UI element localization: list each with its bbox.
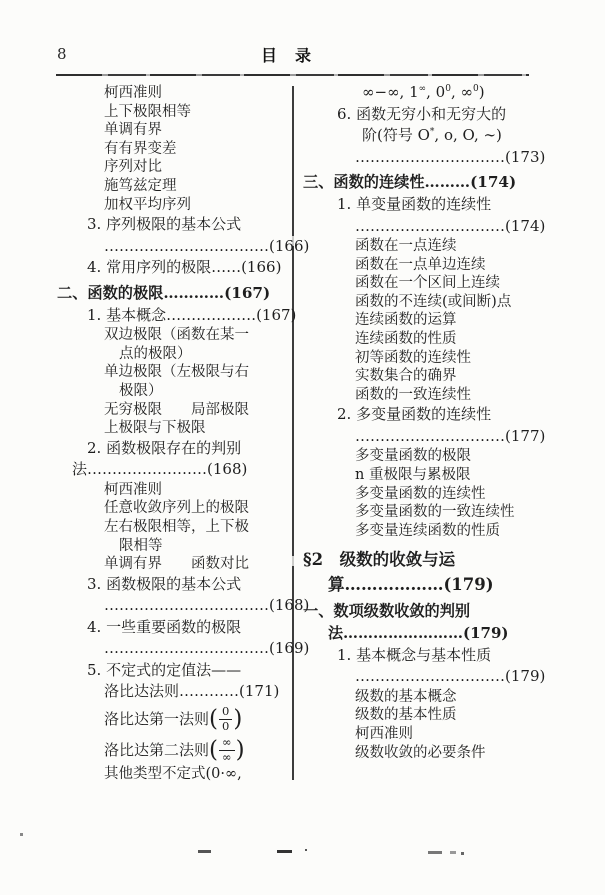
toc-line: 三、函数的连续性………(174) [303,171,571,194]
toc-line: 2. 函数极限存在的判别 [57,438,292,460]
toc-line-formula: 洛比达第一法则(00) [57,703,292,734]
toc-line: 一、数项级数收敛的判别 [303,600,571,623]
toc-line: 连续函数的性质 [303,330,571,349]
scan-artifact [20,833,23,836]
toc-line: 实数集合的确界 [303,367,571,386]
header-rule [56,74,529,76]
toc-line: ……………………………(166) [57,236,292,258]
toc-line: 函数在一个区间上连续 [303,274,571,293]
toc-line: ……………………………(169) [57,638,292,660]
toc-line: 函数的不连续(或间断)点 [303,293,571,312]
toc-line: 3. 函数极限的基本公式 [57,574,292,596]
scan-artifact [277,850,292,853]
toc-line: 多变量函数的极限 [303,447,571,466]
toc-column-left: 柯西准则上下极限相等单调有界有有界变差序列对比施笃兹定理加权平均序列3. 序列极… [57,84,292,783]
toc-line: 施笃兹定理 [57,177,292,196]
toc-line: 二、函数的极限…………(167) [57,282,292,305]
toc-line: 2. 多变量函数的连续性 [303,404,571,426]
toc-line: 左右极限相等，上下极 [57,518,292,537]
toc-line: 柯西准则 [57,481,292,500]
toc-line: 柯西准则 [303,725,571,744]
toc-line: 6. 函数无穷小和无穷大的 [303,104,571,126]
toc-line: …………………………(179) [303,666,571,688]
toc-line: 单调有界 [57,121,292,140]
toc-line: §2 级数的收敛与运 [303,547,571,572]
toc-line: 上极限与下极限 [57,419,292,438]
toc-line: 级数的基本性质 [303,706,571,725]
toc-line: 任意收敛序列上的极限 [57,499,292,518]
toc-line: 连续函数的运算 [303,311,571,330]
scan-artifact [305,849,307,851]
scan-artifact [461,852,464,855]
toc-line: 加权平均序列 [57,196,292,215]
fraction: ∞∞ [219,736,235,763]
toc-line: 多变量函数的连续性 [303,485,571,504]
toc-line: 多变量连续函数的性质 [303,522,571,541]
toc-line: 函数在一点单边连续 [303,256,571,275]
toc-line: 级数收敛的必要条件 [303,744,571,763]
toc-line: 3. 序列极限的基本公式 [57,214,292,236]
page-title: 目 录 [261,43,312,66]
column-divider [292,86,294,780]
toc-line: …………………………(177) [303,426,571,448]
toc-line: 限相等 [57,537,292,556]
toc-line: 法……………………(179) [303,623,571,645]
toc-line: 点的极限） [57,345,292,364]
scan-artifact [198,850,211,853]
toc-line-formula: 洛比达第二法则(∞∞) [57,734,292,765]
scan-artifact [428,851,442,854]
toc-line: 其他类型不定式(0·∞, [57,765,292,784]
toc-line: 双边极限（函数在某一 [57,326,292,345]
toc-line: …………………………(174) [303,216,571,238]
toc-line: …………………………(173) [303,147,571,169]
toc-line: 4. 一些重要函数的极限 [57,617,292,639]
page-number: 8 [57,45,67,63]
toc-column-right: ∞−∞, 1∞, 00, ∞0)6. 函数无穷小和无穷大的阶(符号 O*, o,… [303,82,571,762]
toc-line: 单调有界 函数对比 [57,555,292,574]
scan-artifact [450,851,456,854]
fraction: 00 [219,705,232,732]
toc-line: 阶(符号 O*, o, O, ∼) [303,125,571,147]
toc-line: 无穷极限 局部极限 [57,401,292,420]
toc-line: 初等函数的连续性 [303,349,571,368]
toc-line: 1. 基本概念………………(167) [57,305,292,327]
toc-line: 洛比达法则…………(171) [57,681,292,703]
toc-line: ……………………………(168) [57,595,292,617]
toc-page: 8 目 录 柯西准则上下极限相等单调有界有有界变差序列对比施笃兹定理加权平均序列… [0,0,605,895]
toc-line: 函数的一致连续性 [303,386,571,405]
toc-line: 多变量函数的一致连续性 [303,503,571,522]
toc-line: 级数的基本概念 [303,688,571,707]
toc-line: 法……………………(168) [57,459,292,481]
toc-line: 有有界变差 [57,140,292,159]
toc-line: 1. 单变量函数的连续性 [303,194,571,216]
toc-line: 函数在一点连续 [303,237,571,256]
toc-line: 柯西准则 [57,84,292,103]
toc-line: n 重极限与累极限 [303,466,571,485]
toc-line: 算………………(179) [303,572,571,597]
toc-line: 上下极限相等 [57,103,292,122]
toc-line: 单边极限（左极限与右 [57,363,292,382]
toc-line: 5. 不定式的定值法—— [57,660,292,682]
toc-line: 序列对比 [57,158,292,177]
toc-line: 极限） [57,382,292,401]
toc-line: ∞−∞, 1∞, 00, ∞0) [303,82,571,104]
toc-line: 1. 基本概念与基本性质 [303,645,571,667]
toc-line: 4. 常用序列的极限……(166) [57,257,292,279]
